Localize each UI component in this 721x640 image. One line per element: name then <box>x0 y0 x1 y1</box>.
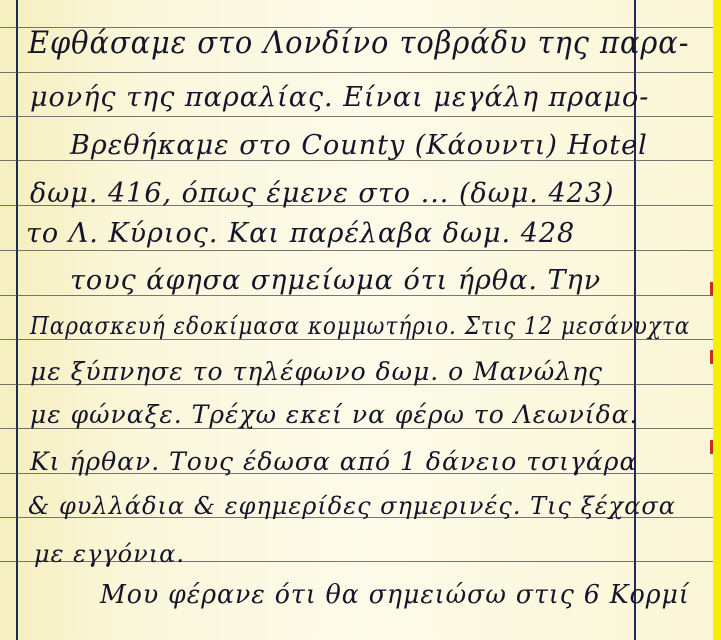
handwritten-line-13: Μου φέρανε ότι θα σημειώσω στις 6 Κορμί <box>100 580 690 610</box>
page-edge <box>713 0 721 640</box>
handwritten-line-1: Εφθάσαμε στο Λονδίνο τοβράδυ της παρα- <box>28 25 689 61</box>
ruled-line <box>0 72 713 73</box>
red-mark <box>710 282 713 296</box>
handwritten-line-8: με ξύπνησε το τηλέφωνο δωμ. ο Μανώλης <box>30 357 603 386</box>
ruled-line <box>0 116 713 117</box>
handwritten-line-6: τους άφησα σημείωμα ότι ήρθα. Την <box>70 265 601 296</box>
handwritten-line-12: με εγγόνια. <box>34 540 185 568</box>
red-mark <box>710 440 713 454</box>
left-margin-line <box>16 0 18 640</box>
red-mark <box>710 350 713 364</box>
handwritten-line-11: & φυλλάδια & εφημερίδες σημερινές. Τις ξ… <box>28 492 676 520</box>
handwritten-line-5: το Λ. Κύριος. Και παρέλαβα δωμ. 428 <box>26 218 575 249</box>
handwritten-line-3: Βρεθήκαμε στο County (Κάουντι) Hotel <box>70 130 648 161</box>
handwritten-line-2: μονής της παραλίας. Είναι μεγάλη πραμο- <box>30 82 649 113</box>
handwritten-line-9: με φώναξε. Τρέχω εκεί να φέρω το Λεωνίδα… <box>30 400 638 429</box>
handwritten-line-7: Παρασκευή εδοκίμασα κομμωτήριο. Στις 12 … <box>30 312 690 340</box>
ruled-line <box>0 250 713 251</box>
scanned-letter-page: Εφθάσαμε στο Λονδίνο τοβράδυ της παρα- μ… <box>0 0 721 640</box>
handwritten-line-10: Κι ήρθαν. Τους έδωσα από 1 δάνειο τσιγάρ… <box>30 447 637 476</box>
handwritten-line-4: δωμ. 416, όπως έμενε στο ... (δωμ. 423) <box>30 178 615 209</box>
